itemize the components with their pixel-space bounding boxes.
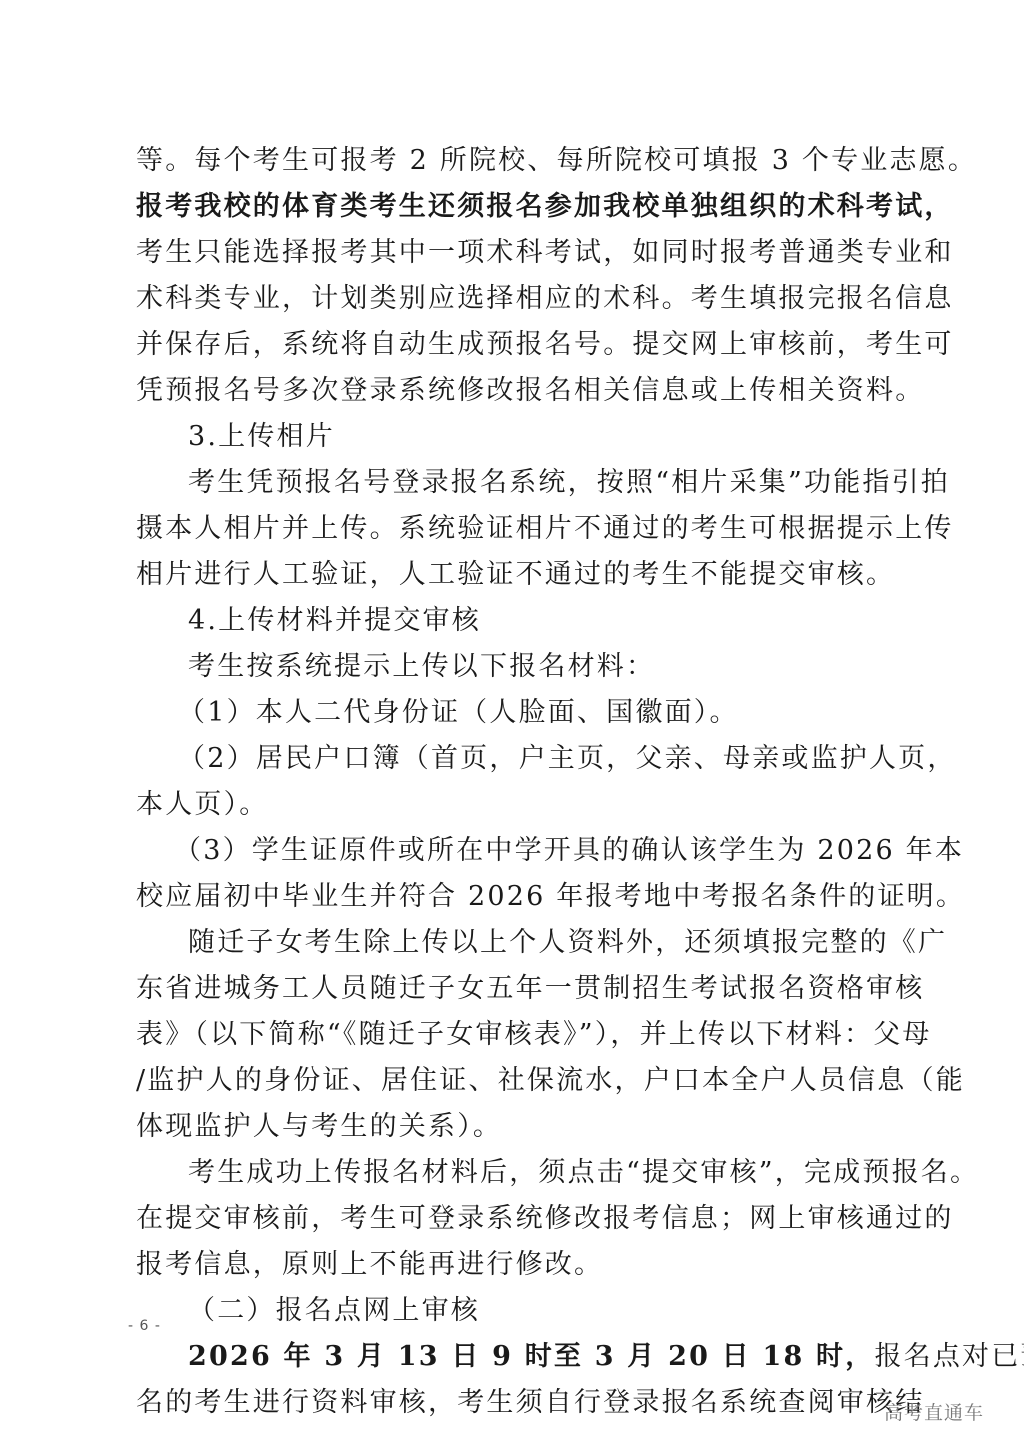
paragraph-line: 等。每个考生可报考 2 所院校、每所院校可填报 3 个专业志愿。 [136, 141, 896, 181]
section-heading-upload-materials: 4.上传材料并提交审核 [188, 601, 896, 641]
paragraph-line: 术科类专业，计划类别应选择相应的术科。考生填报完报名信息 [136, 279, 896, 319]
section-heading-upload-photo: 3.上传相片 [188, 417, 896, 457]
list-item-1: （1）本人二代身份证（人脸面、国徽面）。 [178, 693, 938, 733]
section-heading-online-review: （二）报名点网上审核 [188, 1291, 896, 1331]
paragraph-line: 报考信息，原则上不能再进行修改。 [136, 1245, 896, 1285]
paragraph-line: 在提交审核前，考生可登录系统修改报考信息；网上审核通过的 [136, 1199, 896, 1239]
list-item-3: （3）学生证原件或所在中学开具的确认该学生为 2026 年本 [174, 831, 896, 871]
paragraph-line: 考生只能选择报考其中一项术科考试，如同时报考普通类专业和 [136, 233, 896, 273]
paragraph-line: 凭预报名号多次登录系统修改报名相关信息或上传相关资料。 [136, 371, 896, 411]
paragraph-line: 并保存后，系统将自动生成预报名号。提交网上审核前，考生可 [136, 325, 896, 365]
paragraph-line: 相片进行人工验证，人工验证不通过的考生不能提交审核。 [136, 555, 896, 595]
list-item-2-continued: 本人页）。 [136, 785, 896, 825]
paragraph-line: 考生凭预报名号登录报名系统，按照“相片采集”功能指引拍 [188, 463, 896, 503]
paragraph-line: 考生按系统提示上传以下报名材料： [188, 647, 896, 687]
review-period-text: 报名点对已预报 [874, 1341, 1024, 1372]
bold-notice-line: 报考我校的体育类考生还须报名参加我校单独组织的术科考试， [136, 187, 896, 227]
paragraph-line: /监护人的身份证、居住证、社保流水，户口本全户人员信息（能 [136, 1061, 896, 1101]
paragraph-line: 东省进城务工人员随迁子女五年一贯制招生考试报名资格审核 [136, 969, 896, 1009]
review-period-line: 2026 年 3 月 13 日 9 时至 3 月 20 日 18 时，报名点对已… [188, 1337, 896, 1377]
paragraph-line: 随迁子女考生除上传以上个人资料外，还须填报完整的《广 [188, 923, 896, 963]
paragraph-line: 表》（以下简称“《随迁子女审核表》”），并上传以下材料：父母 [136, 1015, 896, 1055]
paragraph-line: 体现监护人与考生的关系）。 [136, 1107, 896, 1147]
list-item-2: （2）居民户口簿（首页，户主页，父亲、母亲或监护人页， [178, 739, 896, 779]
review-period-dates: 2026 年 3 月 13 日 9 时至 3 月 20 日 18 时， [188, 1341, 874, 1372]
watermark-logo-text: 高考直通车 [884, 1398, 984, 1425]
paragraph-line: 摄本人相片并上传。系统验证相片不通过的考生可根据提示上传 [136, 509, 896, 549]
page-number: - 6 - [128, 1318, 161, 1334]
document-page: 等。每个考生可报考 2 所院校、每所院校可填报 3 个专业志愿。 报考我校的体育… [0, 0, 1024, 1448]
list-item-3-continued: 校应届初中毕业生并符合 2026 年报考地中考报名条件的证明。 [136, 877, 896, 917]
paragraph-line: 名的考生进行资料审核，考生须自行登录报名系统查阅审核结 [136, 1383, 896, 1423]
paragraph-line: 考生成功上传报名材料后，须点击“提交审核”，完成预报名。 [188, 1153, 896, 1193]
